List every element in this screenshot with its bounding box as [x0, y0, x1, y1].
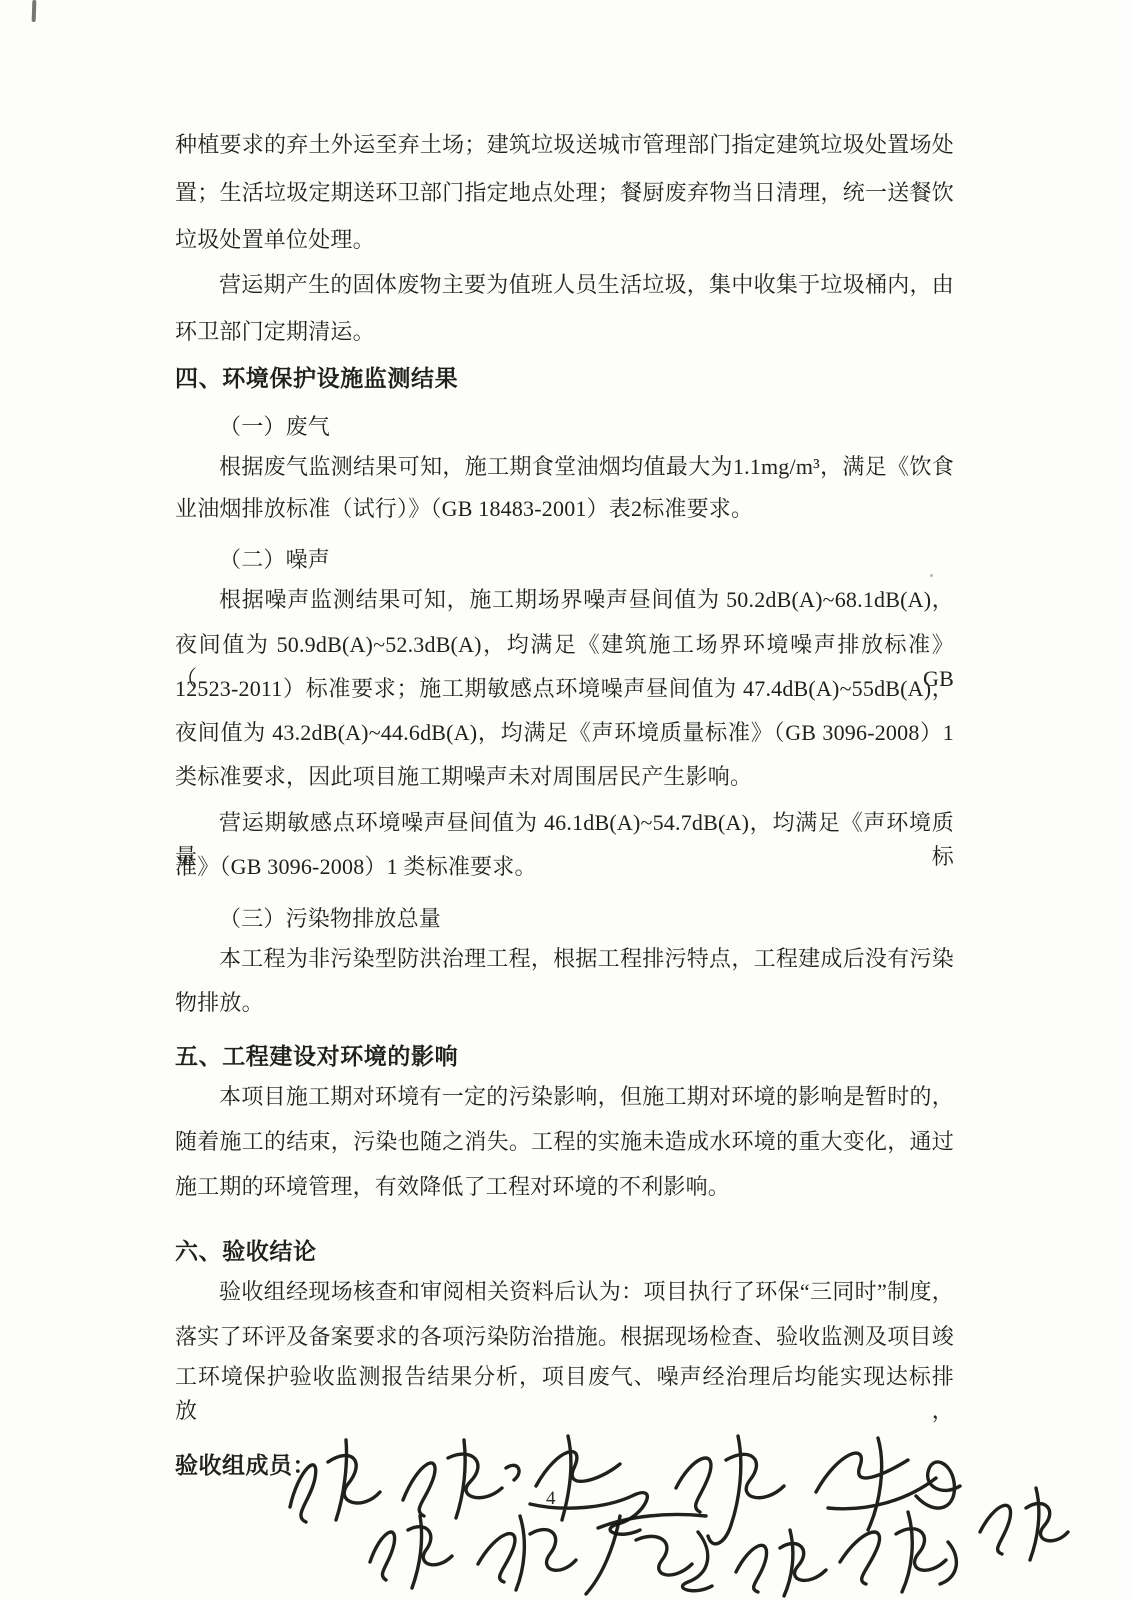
signature-stroke — [676, 1436, 784, 1544]
scan-bottom-edge — [0, 1593, 1130, 1600]
signature-stroke — [403, 1440, 519, 1518]
signature-stroke — [816, 1438, 960, 1530]
body-line: 施工期的环境管理，有效降低了工程对环境的不利影响。 — [175, 1170, 954, 1204]
body-line: 随着施工的结束，污染也随之消失。工程的实施未造成水环境的重大变化，通过 — [175, 1125, 954, 1159]
body-line: 验收组经现场核查和审阅相关资料后认为：项目执行了环保“三同时”制度， — [175, 1275, 954, 1309]
body-line: 本工程为非污染型防洪治理工程，根据工程排污特点，工程建成后没有污染 — [175, 942, 954, 976]
body-line: 落实了环评及备案要求的各项污染防治措施。根据现场检查、验收监测及项目竣 — [175, 1320, 954, 1354]
signature-stroke — [840, 1512, 956, 1592]
scan-top-edge — [0, 0, 1130, 8]
scan-corner-mark — [32, 0, 37, 22]
body-line: 准》（GB 3096-2008）1 类标准要求。 — [175, 850, 954, 884]
body-line: 种植要求的弃土外运至弃土场；建筑垃圾送城市管理部门指定建筑垃圾处置场处 — [175, 128, 954, 162]
body-line: 业油烟排放标准（试行）》（GB 18483-2001）表2标准要求。 — [175, 492, 954, 526]
body-line: 夜间值为 50.9dB(A)~52.3dB(A)，均满足《建筑施工场界环境噪声排… — [175, 628, 954, 662]
body-line: 根据废气监测结果可知，施工期食堂油烟均值最大为1.1mg/m³，满足《饮食 — [175, 450, 954, 484]
handwritten-signatures — [268, 1412, 1098, 1600]
signature-stroke — [290, 1440, 380, 1522]
body-line: 类标准要求，因此项目施工期噪声未对周围居民产生影响。 — [175, 760, 954, 794]
section-6-heading: 六、验收结论 — [175, 1235, 954, 1269]
section-4-sub2-title: （二）噪声 — [175, 543, 954, 577]
body-line: 12523-2011）标准要求；施工期敏感点环境噪声昼间值为 47.4dB(A)… — [175, 672, 954, 706]
body-line: 营运期敏感点环境噪声昼间值为 46.1dB(A)~54.7dB(A)，均满足《声… — [175, 806, 954, 840]
body-line: 工环境保护验收监测报告结果分析，项目废气、噪声经治理后均能实现达标排放， — [175, 1360, 954, 1394]
signature-stroke — [980, 1488, 1068, 1560]
body-line: 物排放。 — [175, 986, 954, 1020]
signature-stroke — [370, 1516, 452, 1588]
scanned-document-page: 种植要求的弃土外运至弃土场；建筑垃圾送城市管理部门指定建筑垃圾处置场处 置；生活… — [0, 0, 1130, 1600]
signature-stroke — [478, 1516, 576, 1590]
body-line: 夜间值为 43.2dB(A)~44.6dB(A)，均满足《声环境质量标准》（GB… — [175, 716, 954, 750]
body-line: 根据噪声监测结果可知，施工期场界噪声昼间值为 50.2dB(A)~68.1dB(… — [175, 583, 954, 617]
section-4-sub3-title: （三）污染物排放总量 — [175, 902, 954, 936]
body-line: 本项目施工期对环境有一定的污染影响，但施工期对环境的影响是暂时的， — [175, 1080, 954, 1114]
body-line: 环卫部门定期清运。 — [175, 315, 954, 349]
signature-stroke — [736, 1530, 826, 1596]
signature-stroke — [586, 1515, 712, 1595]
section-5-heading: 五、工程建设对环境的影响 — [175, 1040, 954, 1074]
body-line: 垃圾处置单位处理。 — [175, 223, 954, 257]
section-4-sub1-title: （一）废气 — [175, 410, 954, 444]
section-4-heading: 四、环境保护设施监测结果 — [175, 362, 954, 396]
body-line: 置；生活垃圾定期送环卫部门指定地点处理；餐厨废弃物当日清理，统一送餐饮 — [175, 176, 954, 210]
body-line: 营运期产生的固体废物主要为值班人员生活垃圾，集中收集于垃圾桶内，由 — [175, 268, 954, 302]
